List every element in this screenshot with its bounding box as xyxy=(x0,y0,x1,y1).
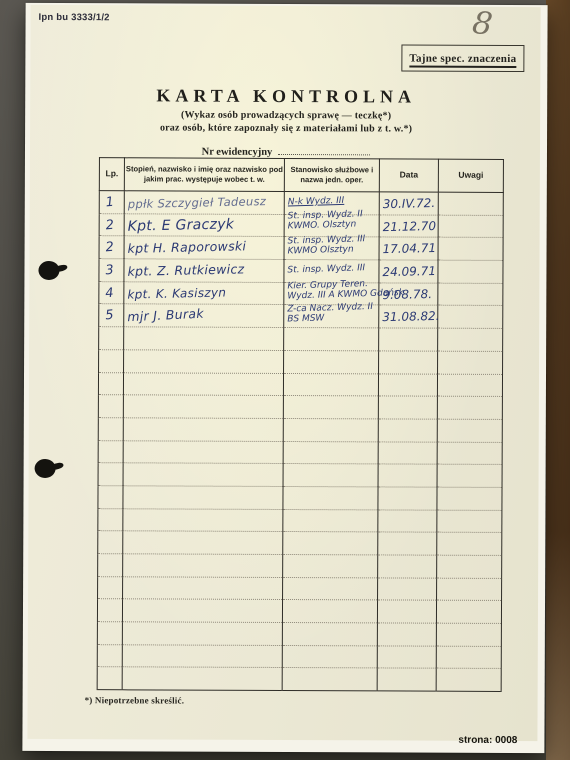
handwritten-name: kpt. Z. Rutkiewicz xyxy=(127,261,244,279)
position-cell xyxy=(283,441,378,464)
table-body: 1ppłk Szczygieł TadeuszN-k Wydz. III30.I… xyxy=(97,191,503,692)
table-row xyxy=(98,576,502,600)
remarks-cell xyxy=(438,215,503,238)
lp-cell xyxy=(97,667,122,690)
classification-stamp: Tajne spec. znaczenia xyxy=(401,45,524,73)
lp-cell xyxy=(98,440,123,463)
position-cell xyxy=(283,464,378,487)
control-table: Lp. Stopień, nazwisko i imię oraz nazwis… xyxy=(97,157,504,692)
date-cell xyxy=(378,396,437,419)
table-row: 5mjr J. BurakZ-ca Nacz. Wydz. IIBS MSW31… xyxy=(99,304,503,328)
remarks-cell xyxy=(438,306,503,329)
handwritten-position: N-k Wydz. III xyxy=(288,196,376,206)
handwritten-name: kpt. K. Kasiszyn xyxy=(127,285,226,301)
date-cell xyxy=(379,328,438,351)
lp-cell: 2 xyxy=(99,236,124,259)
remarks-cell xyxy=(437,419,502,442)
position-cell xyxy=(282,600,377,623)
remarks-cell xyxy=(438,351,503,374)
lp-cell: 1 xyxy=(99,191,124,214)
remarks-cell xyxy=(436,601,501,624)
table-row xyxy=(98,531,502,555)
document-subtitle-line2: oraz osób, które zapoznały się z materia… xyxy=(25,122,547,135)
remarks-cell xyxy=(436,623,501,646)
lp-cell xyxy=(98,418,123,441)
registry-dotted-line xyxy=(278,144,370,155)
registry-label: Nr ewidencyjny xyxy=(202,147,273,158)
hole-punch-top xyxy=(38,261,59,280)
lp-cell: 5 xyxy=(99,304,124,327)
date-cell xyxy=(378,487,437,510)
lp-cell: 2 xyxy=(99,213,124,236)
classification-text: Tajne spec. znaczenia xyxy=(409,53,516,68)
name-cell: kpt. K. Kasiszyn xyxy=(124,282,284,305)
name-cell xyxy=(123,418,283,441)
date-cell xyxy=(377,623,436,646)
name-cell xyxy=(124,350,284,373)
position-cell: St. insp. Wydz. IIIKWMO Olsztyn xyxy=(284,237,379,260)
position-cell xyxy=(284,350,379,373)
handwritten-name: kpt H. Raporowski xyxy=(127,238,246,256)
date-cell xyxy=(378,373,437,396)
handwritten-date: 30.IV.72. xyxy=(383,196,436,211)
table-row xyxy=(97,599,501,623)
position-cell xyxy=(283,373,378,396)
column-header-name: Stopień, nazwisko i imię oraz nazwisko p… xyxy=(124,158,284,192)
table-row xyxy=(98,554,502,578)
position-cell: Z-ca Nacz. Wydz. IIBS MSW xyxy=(284,305,379,328)
position-cell xyxy=(282,668,377,691)
handwritten-position: Kier. Grupy Teren.Wydz. III A KWMO Gdańs… xyxy=(287,280,375,300)
remarks-cell xyxy=(437,464,502,487)
name-cell: Kpt. E Graczyk xyxy=(124,213,284,236)
handwritten-position-line1: N-k Wydz. III xyxy=(288,195,376,208)
handwritten-lp: 4 xyxy=(102,285,114,301)
column-header-remarks: Uwagi xyxy=(438,159,503,192)
date-cell xyxy=(378,555,437,578)
name-cell xyxy=(123,508,283,531)
lp-cell xyxy=(98,463,123,486)
lp-cell xyxy=(98,486,123,509)
name-cell xyxy=(123,395,283,418)
lp-cell xyxy=(97,644,122,667)
date-cell xyxy=(377,646,436,669)
column-header-position: Stanowisko służbowe i nazwa jedn. oper. xyxy=(284,158,379,191)
name-cell xyxy=(123,554,283,577)
desk-wood-edge xyxy=(546,0,570,760)
position-cell xyxy=(283,486,378,509)
date-cell xyxy=(378,419,437,442)
remarks-cell xyxy=(437,555,502,578)
handwritten-name: Kpt. E Graczyk xyxy=(128,216,235,234)
scan-page-label: strona: 0008 xyxy=(458,735,517,746)
date-cell xyxy=(378,464,437,487)
name-cell: mjr J. Burak xyxy=(124,304,284,327)
handwritten-lp: 3 xyxy=(102,263,114,279)
table-row xyxy=(97,667,501,691)
position-cell xyxy=(283,418,378,441)
remarks-cell xyxy=(438,260,503,283)
handwritten-position: Z-ca Nacz. Wydz. IIBS MSW xyxy=(287,303,375,323)
remarks-cell xyxy=(438,238,503,261)
position-cell xyxy=(283,532,378,555)
table-header-row: Lp. Stopień, nazwisko i imię oraz nazwis… xyxy=(99,158,503,193)
remarks-cell xyxy=(437,578,502,601)
table-row xyxy=(98,395,502,419)
lp-cell xyxy=(98,395,123,418)
date-cell: 24.09.71 xyxy=(379,260,438,283)
lp-cell xyxy=(97,622,122,645)
table-row xyxy=(98,440,502,464)
handwritten-position: St. insp. Wydz. IIIKWMO Olsztyn xyxy=(288,235,376,255)
handwritten-position: St. insp. Wydz. IIKWMO. Olsztyn xyxy=(288,210,376,230)
name-cell xyxy=(122,645,282,668)
date-cell xyxy=(378,441,437,464)
handwritten-name: ppłk Szczygieł Tadeusz xyxy=(128,194,267,211)
archive-reference: Ipn bu 3333/1/2 xyxy=(39,12,110,23)
hole-punch-bottom xyxy=(35,459,56,478)
name-cell: kpt H. Raporowski xyxy=(124,236,284,259)
handwritten-position-line2: KWMO Olsztyn xyxy=(287,244,375,257)
handwritten-lp: 1 xyxy=(102,195,114,211)
lp-cell xyxy=(98,508,123,531)
lp-cell: 4 xyxy=(99,281,124,304)
date-cell: 21.12.70 xyxy=(379,215,438,238)
date-cell xyxy=(378,510,437,533)
position-cell xyxy=(283,577,378,600)
date-cell xyxy=(378,578,437,601)
position-cell xyxy=(282,645,377,668)
name-cell xyxy=(123,440,283,463)
lp-cell xyxy=(98,576,123,599)
table-row xyxy=(98,418,502,442)
table-row xyxy=(98,508,502,532)
remarks-cell xyxy=(438,192,503,215)
remarks-cell xyxy=(436,646,501,669)
name-cell xyxy=(122,622,282,645)
date-cell xyxy=(378,532,437,555)
remarks-cell xyxy=(437,487,502,510)
handwritten-position-line1: St. insp. Wydz. III xyxy=(287,263,375,276)
date-cell: 17.04.71 xyxy=(379,237,438,260)
table-row xyxy=(97,644,501,668)
name-cell xyxy=(123,486,283,509)
handwritten-date: 24.09.71 xyxy=(382,264,436,279)
remarks-cell xyxy=(436,669,501,692)
lp-cell xyxy=(99,327,124,350)
lp-cell xyxy=(98,372,123,395)
document-subtitle-line1: (Wykaz osób prowadzących sprawę — teczkę… xyxy=(25,109,547,122)
position-cell xyxy=(284,328,379,351)
handwritten-position: St. insp. Wydz. III xyxy=(287,264,375,274)
remarks-cell xyxy=(438,328,503,351)
remarks-cell xyxy=(437,396,502,419)
table-row xyxy=(98,486,502,510)
remarks-cell xyxy=(437,532,502,555)
position-cell xyxy=(283,396,378,419)
date-cell: 30.IV.72. xyxy=(379,192,438,215)
footnote: *) Niepotrzebne skreślić. xyxy=(85,695,185,705)
handwritten-date: 9.08.78. xyxy=(382,287,432,302)
name-cell xyxy=(124,327,284,350)
table-row: 2kpt H. RaporowskiSt. insp. Wydz. IIIKWM… xyxy=(99,236,503,260)
handwritten-lp: 2 xyxy=(102,240,114,256)
date-cell xyxy=(377,668,436,691)
remarks-cell xyxy=(437,510,502,533)
date-cell xyxy=(379,351,438,374)
column-header-lp: Lp. xyxy=(99,158,124,191)
table-row xyxy=(97,622,501,646)
handwritten-position-line2: KWMO. Olsztyn xyxy=(288,219,376,232)
table-row xyxy=(98,463,502,487)
name-cell: kpt. Z. Rutkiewicz xyxy=(124,259,284,282)
lp-cell xyxy=(97,599,122,622)
date-cell xyxy=(377,600,436,623)
remarks-cell xyxy=(437,442,502,465)
name-cell xyxy=(123,531,283,554)
lp-cell xyxy=(98,554,123,577)
table-row xyxy=(98,372,502,396)
name-cell: ppłk Szczygieł Tadeusz xyxy=(124,191,284,214)
handwritten-position-line2: BS MSW xyxy=(287,312,375,325)
date-cell: 31.08.82. xyxy=(379,305,438,328)
column-header-date: Data xyxy=(379,159,438,192)
date-cell: 9.08.78. xyxy=(379,283,438,306)
handwritten-date: 17.04.71 xyxy=(382,241,436,256)
handwritten-lp: 2 xyxy=(102,217,114,233)
position-cell xyxy=(283,509,378,532)
document-paper: Ipn bu 3333/1/2 8 Tajne spec. znaczenia … xyxy=(22,3,547,753)
lp-cell: 3 xyxy=(99,259,124,282)
remarks-cell xyxy=(438,283,503,306)
handwritten-date: 31.08.82. xyxy=(382,309,440,324)
name-cell xyxy=(123,576,283,599)
lp-cell xyxy=(99,349,124,372)
table-row xyxy=(99,349,503,373)
handwritten-name: mjr J. Burak xyxy=(127,306,204,325)
position-cell xyxy=(282,623,377,646)
name-cell xyxy=(122,667,282,690)
name-cell xyxy=(122,599,282,622)
remarks-cell xyxy=(437,374,502,397)
position-cell xyxy=(283,554,378,577)
lp-cell xyxy=(98,531,123,554)
table-row xyxy=(99,327,503,351)
document-title: KARTA KONTROLNA xyxy=(25,85,547,108)
handwritten-lp: 5 xyxy=(102,308,114,324)
name-cell xyxy=(123,463,283,486)
name-cell xyxy=(123,372,283,395)
handwritten-position-line2: Wydz. III A KWMO Gdańsk xyxy=(287,289,375,302)
handwritten-date: 21.12.70 xyxy=(383,218,437,233)
